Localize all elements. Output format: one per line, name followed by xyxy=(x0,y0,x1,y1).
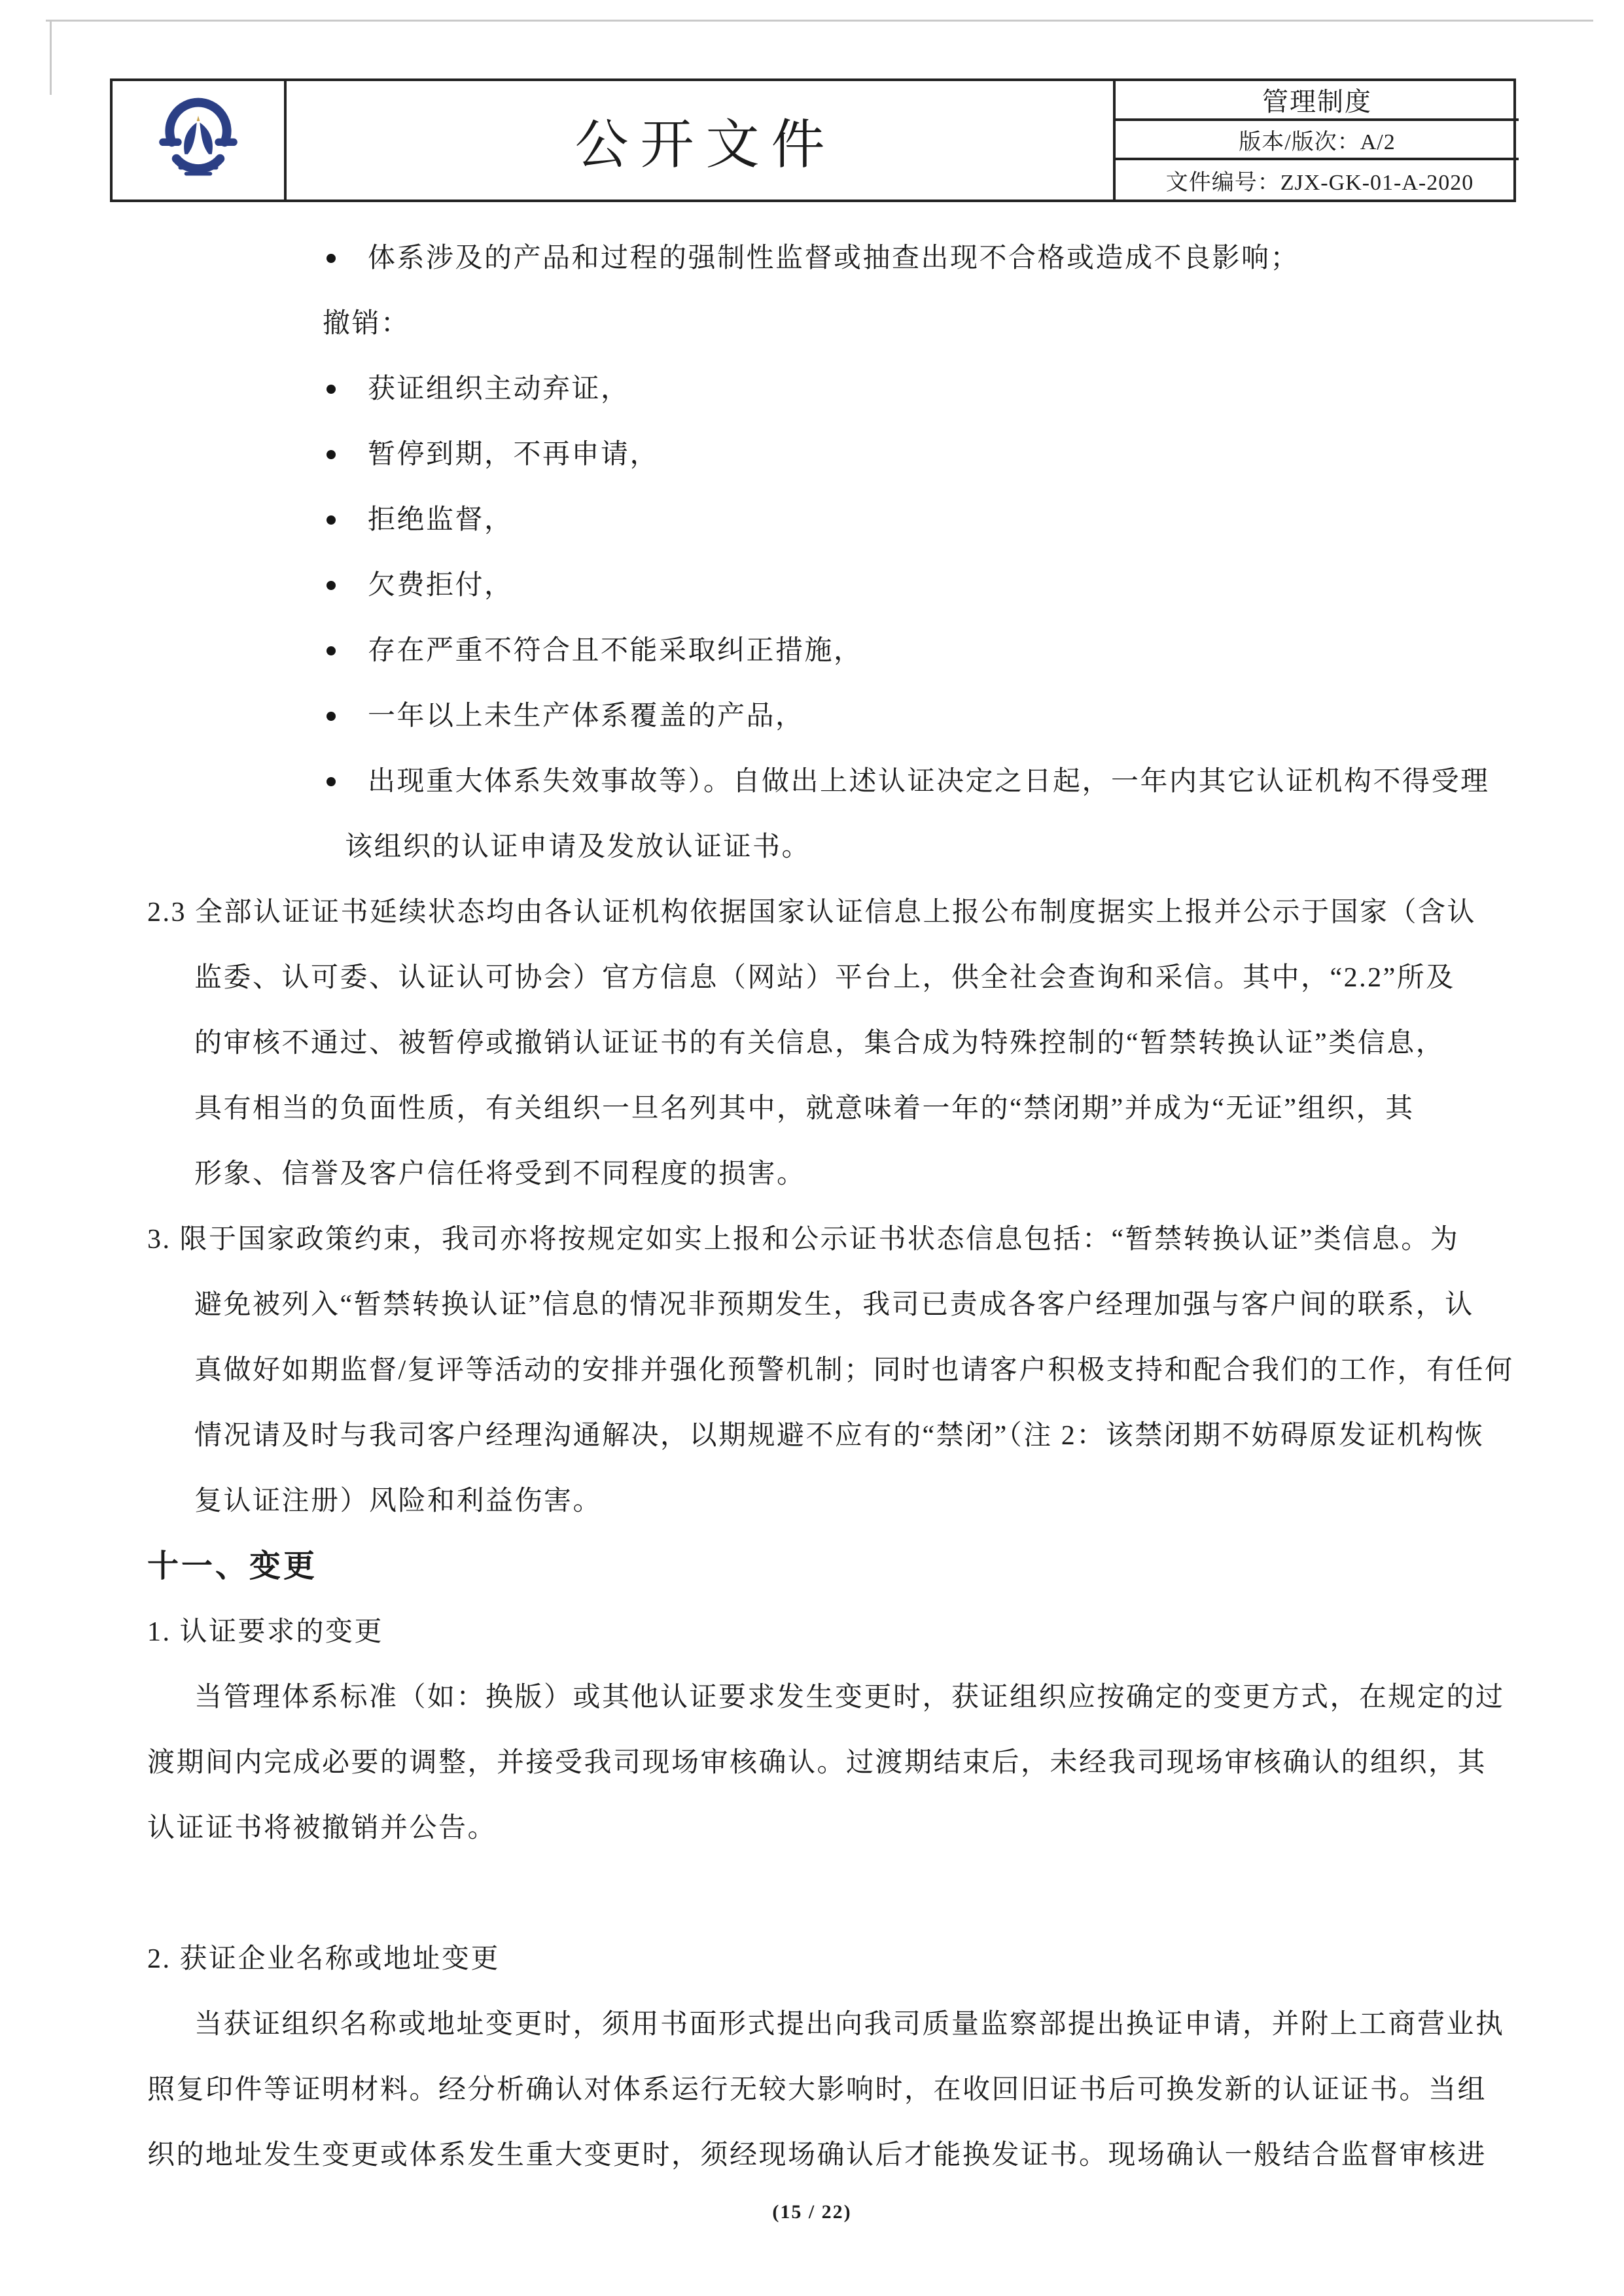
text-line-content: 体系涉及的产品和过程的强制性监督或抽查出现不合格或造成不良影响； xyxy=(368,243,1299,273)
document-body: 体系涉及的产品和过程的强制性监督或抽查出现不合格或造成不良影响； 撤销： 获证组… xyxy=(147,226,1528,2188)
doc-version-label: 版本/版次：A/2 xyxy=(1239,124,1395,156)
text-line: 渡期间内完成必要的调整，并接受我司现场审核确认。过渡期结束后，未经我司现场审核确… xyxy=(147,1730,1528,1796)
text-line-content: 情况请及时与我司客户经理沟通解决，以期规避不应有的“禁闭”（注 2：该禁闭期不妨… xyxy=(194,1421,1484,1451)
text-line: 暂停到期，不再申请， xyxy=(325,422,1528,487)
text-line-content: 十一、变更 xyxy=(147,1549,317,1584)
doc-number-cell: 文件编号：ZJX-GK-01-A-2020 xyxy=(1116,160,1519,200)
text-line-content: 一年以上未生产体系覆盖的产品， xyxy=(368,701,805,731)
text-line-content: 当管理体系标准（如：换版）或其他认证要求发生变更时，获证组织应按确定的变更方式，… xyxy=(194,1682,1505,1713)
text-line-content: 形象、信誉及客户信任将受到不同程度的损害。 xyxy=(194,1159,806,1189)
text-line: 照复印件等证明材料。经分析确认对体系运行无较大影响时，在收回旧证书后可换发新的认… xyxy=(147,2057,1528,2123)
text-line: 获证组织主动弃证， xyxy=(325,357,1528,422)
text-line: 情况请及时与我司客户经理沟通解决，以期规避不应有的“禁闭”（注 2：该禁闭期不妨… xyxy=(194,1403,1528,1469)
text-line-content: 1. 认证要求的变更 xyxy=(147,1617,383,1647)
text-line: 体系涉及的产品和过程的强制性监督或抽查出现不合格或造成不良影响； xyxy=(325,226,1528,291)
text-line-content: 拒绝监督， xyxy=(368,505,514,535)
doc-version-cell: 版本/版次：A/2 xyxy=(1116,121,1519,160)
text-line-content: 暂停到期，不再申请， xyxy=(368,440,659,470)
bullet-dot-icon xyxy=(327,450,336,459)
text-line: 织的地址发生变更或体系发生重大变更时，须经现场确认后才能换发证书。现场确认一般结… xyxy=(147,2123,1528,2188)
text-line-content: 欠费拒付， xyxy=(368,570,514,600)
page-number: (15 / 22) xyxy=(0,2201,1624,2223)
company-logo-icon xyxy=(153,96,243,186)
text-line: 撤销： xyxy=(323,291,1528,357)
text-line-content: 当获证组织名称或地址变更时，须用书面形式提出向我司质量监察部提出换证申请，并附上… xyxy=(194,2009,1505,2040)
text-line: 复认证注册）风险和利益伤害。 xyxy=(194,1469,1528,1534)
text-line-content: 3. 限于国家政策约束，我司亦将按规定如实上报和公示证书状态信息包括：“暂禁转换… xyxy=(147,1225,1459,1255)
text-line-content: 认证证书将被撤销并公告。 xyxy=(147,1813,497,1843)
text-line: 十一、变更 xyxy=(147,1534,1528,1599)
text-line: 2.3 全部认证证书延续状态均由各认证机构依据国家认证信息上报公布制度据实上报并… xyxy=(147,880,1528,945)
bullet-dot-icon xyxy=(327,712,336,721)
blank-line xyxy=(147,1861,1528,1926)
text-line-content: 复认证注册）风险和利益伤害。 xyxy=(194,1486,602,1516)
text-line: 出现重大体系失效事故等）。自做出上述认证决定之日起，一年内其它认证机构不得受理 xyxy=(325,749,1528,814)
text-line: 认证证书将被撤销并公告。 xyxy=(147,1796,1528,1861)
text-line: 1. 认证要求的变更 xyxy=(147,1599,1528,1665)
text-line: 真做好如期监督/复评等活动的安排并强化预警机制；同时也请客户积极支持和配合我们的… xyxy=(194,1338,1528,1403)
text-line: 3. 限于国家政策约束，我司亦将按规定如实上报和公示证书状态信息包括：“暂禁转换… xyxy=(147,1207,1528,1272)
text-line: 具有相当的负面性质，有关组织一旦名列其中，就意味着一年的“禁闭期”并成为“无证”… xyxy=(194,1076,1528,1141)
text-line-content: 的审核不通过、被暂停或撤销认证证书的有关信息，集合成为特殊控制的“暂禁转换认证”… xyxy=(194,1028,1445,1058)
bullet-dot-icon xyxy=(327,581,336,590)
text-line-content: 照复印件等证明材料。经分析确认对体系运行无较大影响时，在收回旧证书后可换发新的认… xyxy=(147,2075,1487,2105)
text-line-content: 该组织的认证申请及发放认证证书。 xyxy=(345,832,811,862)
bullet-dot-icon xyxy=(327,254,336,263)
text-line-content: 真做好如期监督/复评等活动的安排并强化预警机制；同时也请客户积极支持和配合我们的… xyxy=(194,1355,1514,1385)
text-line-content: 2.3 全部认证证书延续状态均由各认证机构依据国家认证信息上报公布制度据实上报并… xyxy=(147,897,1476,928)
text-line: 欠费拒付， xyxy=(325,553,1528,618)
logo-cell xyxy=(113,81,287,200)
text-line: 监委、认可委、认证认可协会）官方信息（网站）平台上，供全社会查询和采信。其中，“… xyxy=(194,945,1528,1011)
document-page: 公开文件 管理制度 版本/版次：A/2 文件编号：ZJX-GK-01-A-202… xyxy=(0,0,1624,2296)
text-line-content: 监委、认可委、认证认可协会）官方信息（网站）平台上，供全社会查询和采信。其中，“… xyxy=(194,963,1455,993)
text-line-content: 渡期间内完成必要的调整，并接受我司现场审核确认。过渡期结束后，未经我司现场审核确… xyxy=(147,1748,1487,1778)
doc-number-label: 文件编号：ZJX-GK-01-A-2020 xyxy=(1166,164,1474,196)
text-line: 2. 获证企业名称或地址变更 xyxy=(147,1926,1528,1992)
text-line-content: 织的地址发生变更或体系发生重大变更时，须经现场确认后才能换发证书。现场确认一般结… xyxy=(147,2140,1487,2170)
text-line-content: 具有相当的负面性质，有关组织一旦名列其中，就意味着一年的“禁闭期”并成为“无证”… xyxy=(194,1094,1415,1124)
document-header-table: 公开文件 管理制度 版本/版次：A/2 文件编号：ZJX-GK-01-A-202… xyxy=(110,78,1516,202)
text-line-content: 避免被列入“暂禁转换认证”信息的情况非预期发生，我司已责成各客户经理加强与客户间… xyxy=(194,1290,1474,1320)
text-line-content: 2. 获证企业名称或地址变更 xyxy=(147,1944,500,1974)
text-line: 避免被列入“暂禁转换认证”信息的情况非预期发生，我司已责成各客户经理加强与客户间… xyxy=(194,1272,1528,1338)
doc-class-label: 管理制度 xyxy=(1262,81,1372,118)
text-line: 当获证组织名称或地址变更时，须用书面形式提出向我司质量监察部提出换证申请，并附上… xyxy=(194,1992,1528,2057)
text-line: 形象、信誉及客户信任将受到不同程度的损害。 xyxy=(194,1141,1528,1207)
text-line: 拒绝监督， xyxy=(325,487,1528,553)
document-title-cell: 公开文件 xyxy=(287,81,1116,200)
text-line-content: 撤销： xyxy=(323,309,410,339)
scan-edge-artifact-top xyxy=(46,20,1593,22)
text-line: 该组织的认证申请及发放认证证书。 xyxy=(345,814,1528,880)
text-line: 一年以上未生产体系覆盖的产品， xyxy=(325,684,1528,749)
bullet-dot-icon xyxy=(327,646,336,655)
scan-edge-artifact-left xyxy=(50,20,52,95)
text-line: 的审核不通过、被暂停或撤销认证证书的有关信息，集合成为特殊控制的“暂禁转换认证”… xyxy=(194,1011,1528,1076)
text-line-content: 出现重大体系失效事故等）。自做出上述认证决定之日起，一年内其它认证机构不得受理 xyxy=(368,767,1490,797)
text-line-content: 获证组织主动弃证， xyxy=(368,374,630,404)
doc-class-cell: 管理制度 xyxy=(1116,81,1519,121)
bullet-dot-icon xyxy=(327,777,336,786)
bullet-dot-icon xyxy=(327,515,336,525)
text-line-content: 存在严重不符合且不能采取纠正措施， xyxy=(368,636,863,666)
bullet-dot-icon xyxy=(327,385,336,394)
text-line: 当管理体系标准（如：换版）或其他认证要求发生变更时，获证组织应按确定的变更方式，… xyxy=(194,1665,1528,1730)
text-line: 存在严重不符合且不能采取纠正措施， xyxy=(325,618,1528,684)
document-title: 公开文件 xyxy=(563,102,836,179)
